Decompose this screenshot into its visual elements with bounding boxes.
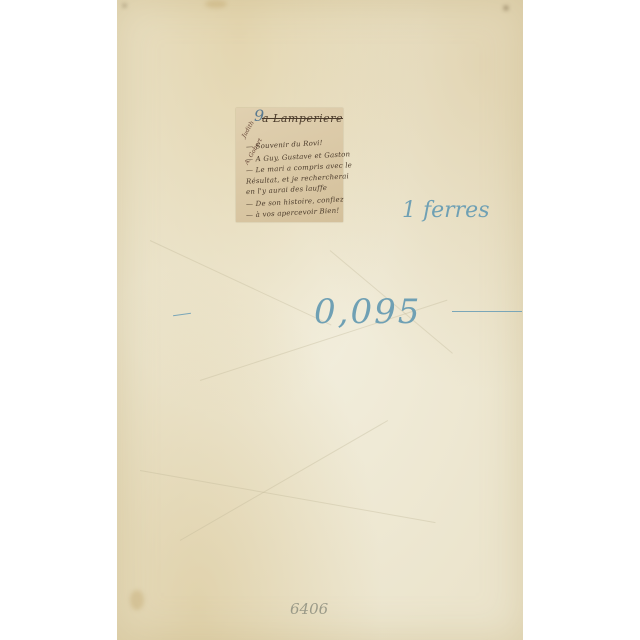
label-text-line: — à vos apercevoir Bien! — [246, 207, 340, 220]
pencil-annotation-number: 0,095 — [314, 292, 421, 332]
inventory-number: 6406 — [290, 600, 328, 618]
label-text-line: Résultat, et je rechercherai — [246, 172, 349, 185]
label-title: a Lamperiere — [262, 112, 343, 125]
foxing-stain — [504, 6, 508, 10]
foxing-stain — [123, 4, 126, 7]
handwritten-note-label: Judith A. Gobert 9 a Lamperiere — Souven… — [236, 108, 343, 222]
pencil-dash-right — [452, 311, 522, 312]
foxing-stain — [130, 590, 144, 610]
foxing-stain — [205, 0, 227, 8]
label-text-line: en l'y aurai des lauffe — [246, 184, 327, 196]
pencil-annotation-top-right: 1 ferres — [402, 198, 490, 223]
